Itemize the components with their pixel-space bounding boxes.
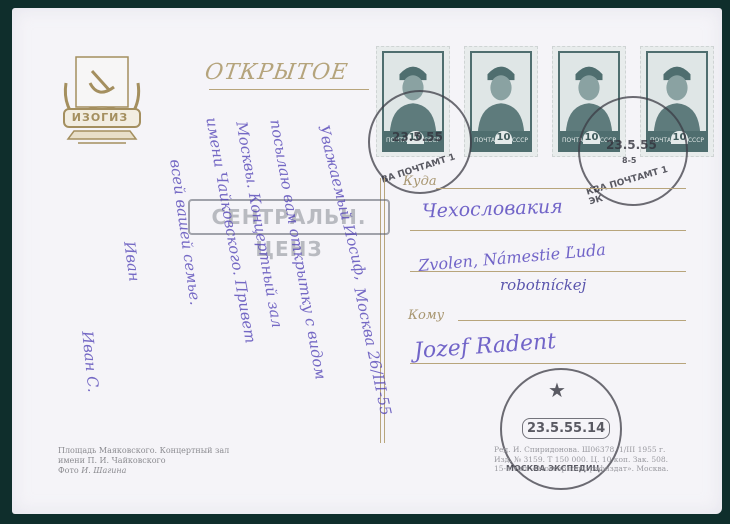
postmark-right: 23.5.55 8-5 КВА ПОЧТАМТ 1 ЭК — [578, 96, 688, 206]
caption-photo-author: И. Шагина — [81, 466, 126, 475]
caption-line: имени П. И. Чайковского — [58, 456, 229, 466]
address-line-2: Zvolen, Námestie Ľuda — [418, 240, 607, 275]
address-line — [410, 271, 686, 272]
address-line-3: robotníckej — [500, 276, 586, 294]
postcard: ИЗОГИЗ ОТКРЫТОЕ ПОЧТА 10 СССР — [12, 8, 722, 514]
caption-photo-label: Фото — [58, 466, 79, 475]
address-line — [436, 188, 686, 189]
imprint-line: 15-я тип. «Мосгорполиграфиздат». Москва. — [494, 464, 669, 474]
to-where-label: Куда — [403, 174, 437, 189]
imprint-line: Ред. И. Спиридонова. Ш06378. 1/III 1955 … — [494, 445, 669, 455]
stamp-issuer: СССР — [512, 137, 528, 144]
message-line: Иван С. — [78, 330, 102, 393]
title-underline — [209, 89, 369, 90]
imprint-line: Изд. № 3159. Т 150 000. Ц. 10 коп. Зак. … — [494, 455, 669, 465]
caption-line: Площадь Маяковского. Концертный зал — [58, 446, 229, 456]
recipient-name: Jozef Radent — [413, 329, 557, 364]
address-line — [458, 320, 686, 321]
star-icon: ★ — [548, 378, 566, 402]
stamp-country: ПОЧТА — [474, 137, 495, 144]
to-whom-label: Кому — [408, 308, 444, 323]
publisher-logo — [56, 53, 148, 153]
address-line — [410, 230, 686, 231]
postmark-date: 23.5.55 — [392, 130, 443, 144]
address-line — [410, 363, 686, 364]
worker-portrait-icon — [474, 55, 528, 132]
printer-imprint: Ред. И. Спиридонова. Ш06378. 1/III 1955 … — [494, 445, 669, 474]
postmark-date: 23.5.55 — [606, 138, 657, 152]
hammer-sickle-icon — [56, 53, 148, 153]
stamp-denomination: 10 — [495, 131, 512, 144]
address-line-1: Чехословакия — [422, 196, 563, 223]
postmark-ring-text: КВА ПОЧТАМТ 1 ЭК — [585, 161, 687, 208]
postage-stamp: ПОЧТА 10 СССР — [464, 46, 538, 157]
message-line: Москва 26/III-55 — [350, 286, 395, 417]
photo-caption: Площадь Маяковского. Концертный зал имен… — [58, 446, 229, 476]
card-title: ОТКРЫТОЕ — [203, 60, 349, 85]
postmark-extra: 8-5 — [622, 156, 636, 165]
stamp-issuer: СССР — [688, 137, 704, 144]
postmark-date: 23.5.55.14 — [522, 418, 610, 439]
publisher-name: ИЗОГИЗ — [65, 111, 135, 124]
message-line: Иван — [120, 240, 143, 283]
